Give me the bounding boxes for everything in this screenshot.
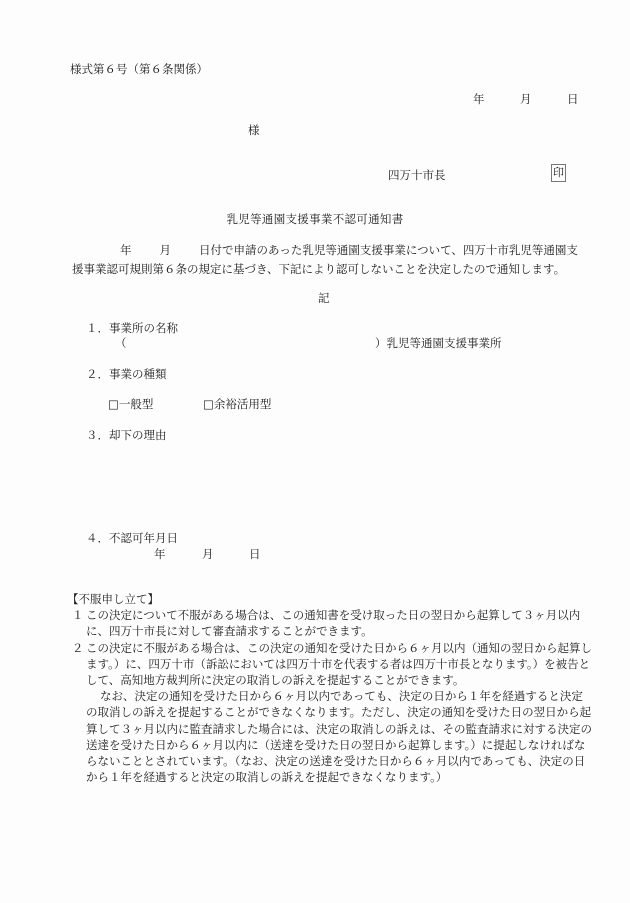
date-day-label: 日	[567, 91, 579, 107]
date-year-label: 年	[473, 91, 485, 107]
intro-line2: 援事業認可規則第６条の規定に基づき、下記により認可しないことを決定したので通知し…	[72, 260, 582, 279]
section-2-label: ２．事業の種類	[86, 366, 167, 382]
checkbox-surplus-type[interactable]: □余裕活用型	[203, 396, 271, 412]
business-type-options: □一般型 □余裕活用型	[108, 396, 153, 412]
rejection-year-label: 年	[154, 547, 166, 561]
date-month-label: 月	[520, 91, 532, 107]
issuer-name: 四万十市長	[388, 167, 446, 183]
rejection-day-label: 日	[249, 546, 261, 562]
ki-heading: 記	[318, 290, 330, 306]
section-1-label: １．事業所の名称	[86, 320, 178, 336]
checkbox-general-type[interactable]: □一般型	[108, 397, 153, 411]
form-number: 様式第６号（第６条関係）	[70, 61, 208, 77]
seal-stamp-icon: 印	[551, 164, 566, 182]
facility-name-field: （ ）乳児等通園支援事業所	[115, 335, 127, 351]
appeal-note: なお、決定の通知を受けた日から６ヶ月以内であっても、決定の日から１年を経過すると…	[72, 688, 592, 785]
rejection-month-label: 月	[202, 546, 214, 562]
intro-paragraph: 年月日付で申請のあった乳児等通園支援事業について、四万十市乳児等通園支 援事業認…	[72, 241, 582, 279]
addressee-suffix: 様	[248, 122, 260, 138]
section-4-label: ４．不認可年月日	[86, 530, 178, 546]
document-title: 乳児等通園支援事業不認可通知書	[0, 211, 630, 227]
facility-suffix: ）乳児等通園支援事業所	[375, 335, 502, 351]
intro-line1: 日付で申請のあった乳児等通園支援事業について、四万十市乳児等通園支	[199, 243, 578, 257]
appeal-item-2: ２この決定に不服がある場合は、この決定の通知を受けた日から６ヶ月以内（通知の翌日…	[72, 640, 592, 689]
rejection-date: 年 月 日	[154, 546, 166, 562]
open-paren: （	[115, 336, 127, 350]
appeal-heading: 【不服申し立て】	[67, 591, 592, 607]
intro-year-label: 年	[120, 243, 132, 257]
intro-month-label: 月	[160, 243, 172, 257]
section-3-label: ３．却下の理由	[86, 427, 167, 443]
appeal-item-1: １この決定について不服がある場合は、この通知書を受け取った日の翌日から起算して３…	[72, 607, 592, 639]
appeal-notice: 【不服申し立て】 １この決定について不服がある場合は、この通知書を受け取った日の…	[72, 591, 592, 785]
